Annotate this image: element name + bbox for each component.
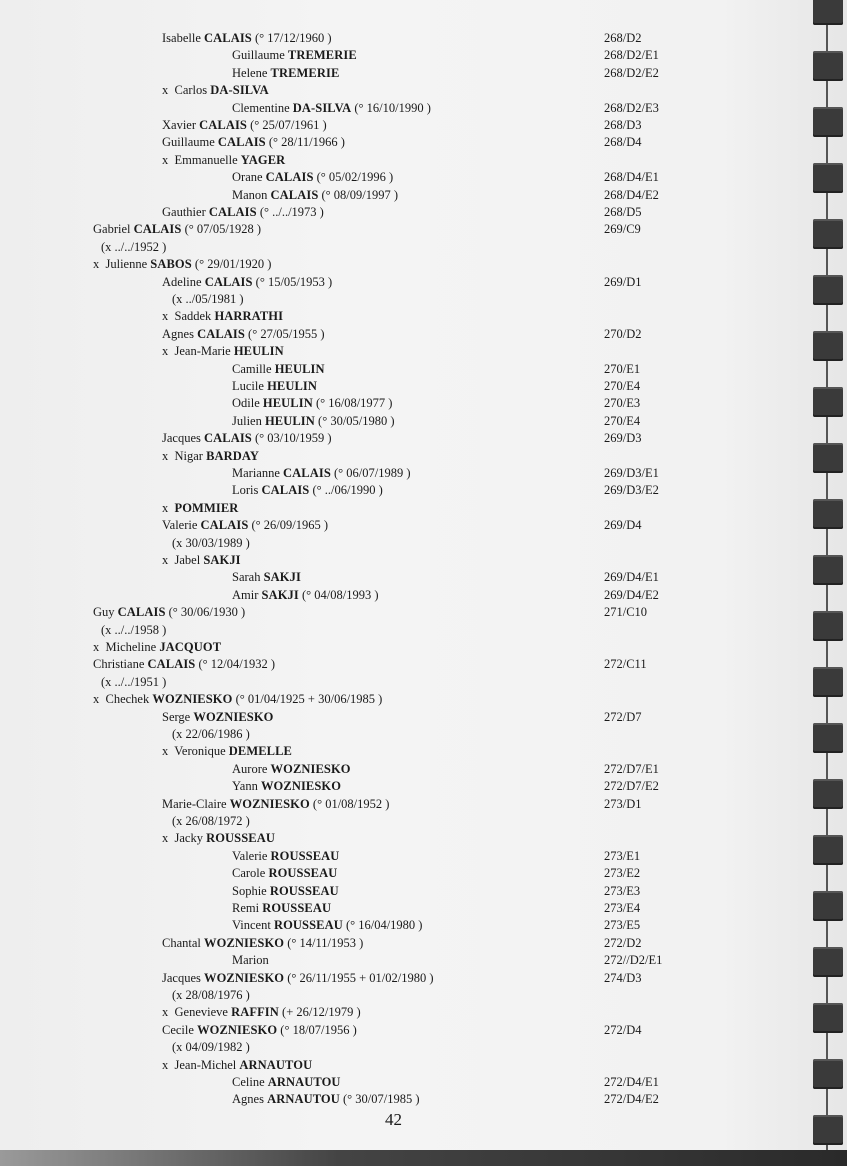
- given-name: Julienne: [106, 257, 148, 271]
- spouse-marker: x: [162, 553, 168, 567]
- surname: DEMELLE: [229, 744, 292, 758]
- reference-code: 272/D4/E1: [604, 1074, 659, 1090]
- reference-code: 269/D3: [604, 430, 642, 446]
- surname: CALAIS: [197, 327, 245, 341]
- spiral-binding: [807, 0, 847, 1166]
- genealogy-entry: Guy CALAIS (° 30/06/1930 ): [93, 604, 245, 620]
- surname: ROUSSEAU: [268, 866, 337, 880]
- genealogy-entry: Remi ROUSSEAU: [232, 900, 331, 916]
- genealogy-entry: x Jean-Marie HEULIN: [162, 343, 284, 359]
- reference-code: 269/D4/E2: [604, 587, 659, 603]
- given-name: Valerie: [162, 518, 197, 532]
- surname: DA-SILVA: [293, 101, 351, 115]
- reference-code: 272/D4/E2: [604, 1091, 659, 1107]
- reference-code: 270/E1: [604, 361, 640, 377]
- given-name: Julien: [232, 414, 262, 428]
- reference-code: 272/C11: [604, 656, 647, 672]
- binding-ring: [813, 1059, 843, 1089]
- reference-code: 270/E4: [604, 378, 640, 394]
- reference-code: 273/E2: [604, 865, 640, 881]
- life-dates: (° 25/07/1961 ): [250, 118, 327, 132]
- binding-ring: [813, 947, 843, 977]
- genealogy-entry: x Nigar BARDAY: [162, 448, 259, 464]
- surname: CALAIS: [266, 170, 314, 184]
- genealogy-entry: Odile HEULIN (° 16/08/1977 ): [232, 395, 392, 411]
- spouse-marker: x: [162, 1058, 168, 1072]
- binding-ring: [813, 51, 843, 81]
- binding-ring: [813, 499, 843, 529]
- given-name: (x ../../1958 ): [101, 623, 166, 637]
- life-dates: (+ 26/12/1979 ): [282, 1005, 361, 1019]
- page-bottom-edge: [0, 1150, 847, 1166]
- genealogy-entry: x POMMIER: [162, 500, 238, 516]
- genealogy-entry: Camille HEULIN: [232, 361, 325, 377]
- surname: CALAIS: [204, 31, 252, 45]
- genealogy-entry: Jacques WOZNIESKO (° 26/11/1955 + 01/02/…: [162, 970, 434, 986]
- genealogy-entry: Chantal WOZNIESKO (° 14/11/1953 ): [162, 935, 363, 951]
- given-name: Emmanuelle: [175, 153, 238, 167]
- surname: WOZNIESKO: [204, 936, 284, 950]
- reference-code: 268/D4: [604, 134, 642, 150]
- given-name: Valerie: [232, 849, 267, 863]
- given-name: Sarah: [232, 570, 260, 584]
- surname: CALAIS: [118, 605, 166, 619]
- reference-code: 271/C10: [604, 604, 647, 620]
- genealogy-entry: Guillaume TREMERIE: [232, 47, 357, 63]
- given-name: Micheline: [106, 640, 157, 654]
- life-dates: (° 12/04/1932 ): [198, 657, 275, 671]
- reference-code: 268/D2: [604, 30, 642, 46]
- given-name: Sophie: [232, 884, 267, 898]
- reference-code: 268/D2/E3: [604, 100, 659, 116]
- genealogy-entry: Gauthier CALAIS (° ../../1973 ): [162, 204, 324, 220]
- life-dates: (° 14/11/1953 ): [287, 936, 363, 950]
- surname: CALAIS: [134, 222, 182, 236]
- reference-code: 272/D7/E2: [604, 778, 659, 794]
- reference-code: 269/D3/E2: [604, 482, 659, 498]
- reference-code: 268/D3: [604, 117, 642, 133]
- given-name: Marie-Claire: [162, 797, 227, 811]
- genealogy-entry: Serge WOZNIESKO: [162, 709, 273, 725]
- given-name: Jacques: [162, 431, 201, 445]
- surname: HEULIN: [263, 396, 313, 410]
- given-name: Agnes: [232, 1092, 264, 1106]
- given-name: Jabel: [175, 553, 201, 567]
- surname: HEULIN: [275, 362, 325, 376]
- genealogy-entry: (x 28/08/1976 ): [172, 987, 250, 1003]
- given-name: (x ../05/1981 ): [172, 292, 244, 306]
- surname: WOZNIESKO: [271, 762, 351, 776]
- spouse-marker: x: [162, 744, 168, 758]
- given-name: Genevieve: [175, 1005, 228, 1019]
- binding-ring: [813, 667, 843, 697]
- given-name: (x ../../1952 ): [101, 240, 166, 254]
- reference-code: 268/D2/E2: [604, 65, 659, 81]
- given-name: (x 28/08/1976 ): [172, 988, 250, 1002]
- given-name: Lucile: [232, 379, 264, 393]
- genealogy-entry: x Saddek HARRATHI: [162, 308, 283, 324]
- reference-code: 273/E1: [604, 848, 640, 864]
- surname: ARNAUTOU: [268, 1075, 341, 1089]
- life-dates: (° 05/02/1996 ): [317, 170, 394, 184]
- genealogy-entry: Jacques CALAIS (° 03/10/1959 ): [162, 430, 332, 446]
- genealogy-entry: Agnes CALAIS (° 27/05/1955 ): [162, 326, 325, 342]
- given-name: Vincent: [232, 918, 271, 932]
- given-name: Aurore: [232, 762, 267, 776]
- given-name: Jean-Michel: [175, 1058, 237, 1072]
- genealogy-entry: Gabriel CALAIS (° 07/05/1928 ): [93, 221, 261, 237]
- life-dates: (° 26/11/1955 + 01/02/1980 ): [287, 971, 433, 985]
- reference-code: 269/D4/E1: [604, 569, 659, 585]
- genealogy-entry: Marianne CALAIS (° 06/07/1989 ): [232, 465, 411, 481]
- surname: WOZNIESKO: [193, 710, 273, 724]
- given-name: Remi: [232, 901, 259, 915]
- given-name: Marion: [232, 953, 269, 967]
- genealogy-entry: (x ../../1952 ): [101, 239, 166, 255]
- surname: CALAIS: [205, 275, 253, 289]
- binding-ring: [813, 0, 843, 25]
- surname: ROUSSEAU: [206, 831, 275, 845]
- reference-code: 272/D7: [604, 709, 642, 725]
- life-dates: (° 28/11/1966 ): [269, 135, 345, 149]
- reference-code: 272//D2/E1: [604, 952, 662, 968]
- given-name: Chechek: [106, 692, 150, 706]
- spouse-marker: x: [162, 309, 168, 323]
- surname: ARNAUTOU: [267, 1092, 340, 1106]
- given-name: Camille: [232, 362, 272, 376]
- given-name: Orane: [232, 170, 263, 184]
- surname: CALAIS: [283, 466, 331, 480]
- given-name: Clementine: [232, 101, 290, 115]
- genealogy-entry: Isabelle CALAIS (° 17/12/1960 ): [162, 30, 332, 46]
- life-dates: (° 30/07/1985 ): [343, 1092, 420, 1106]
- surname: WOZNIESKO: [261, 779, 341, 793]
- genealogy-entry: Guillaume CALAIS (° 28/11/1966 ): [162, 134, 345, 150]
- given-name: Loris: [232, 483, 258, 497]
- life-dates: (° 16/10/1990 ): [354, 101, 431, 115]
- given-name: Christiane: [93, 657, 144, 671]
- surname: CALAIS: [201, 518, 249, 532]
- life-dates: (° 15/05/1953 ): [256, 275, 333, 289]
- life-dates: (° 08/09/1997 ): [322, 188, 399, 202]
- surname: CALAIS: [218, 135, 266, 149]
- given-name: (x 04/09/1982 ): [172, 1040, 250, 1054]
- genealogy-entry: Aurore WOZNIESKO: [232, 761, 351, 777]
- given-name: (x 22/06/1986 ): [172, 727, 250, 741]
- surname: ROUSSEAU: [271, 849, 340, 863]
- surname: RAFFIN: [231, 1005, 279, 1019]
- surname: CALAIS: [271, 188, 319, 202]
- genealogy-entry: Marion: [232, 952, 269, 968]
- given-name: Carlos: [175, 83, 208, 97]
- given-name: Isabelle: [162, 31, 201, 45]
- genealogy-entry: Helene TREMERIE: [232, 65, 339, 81]
- surname: SABOS: [150, 257, 192, 271]
- reference-code: 273/E4: [604, 900, 640, 916]
- life-dates: (° 26/09/1965 ): [252, 518, 329, 532]
- genealogy-entry: x Jabel SAKJI: [162, 552, 241, 568]
- binding-ring: [813, 1003, 843, 1033]
- genealogy-entry: Agnes ARNAUTOU (° 30/07/1985 ): [232, 1091, 420, 1107]
- spouse-marker: x: [162, 501, 168, 515]
- surname: ROUSSEAU: [262, 901, 331, 915]
- spouse-marker: x: [93, 692, 99, 706]
- reference-code: 269/C9: [604, 221, 641, 237]
- spouse-marker: x: [93, 640, 99, 654]
- given-name: Chantal: [162, 936, 201, 950]
- life-dates: (° 16/04/1980 ): [346, 918, 423, 932]
- spouse-marker: x: [93, 257, 99, 271]
- surname: HEULIN: [265, 414, 315, 428]
- given-name: Manon: [232, 188, 267, 202]
- life-dates: (° 17/12/1960 ): [255, 31, 332, 45]
- binding-ring: [813, 443, 843, 473]
- life-dates: (° 18/07/1956 ): [280, 1023, 357, 1037]
- reference-code: 273/D1: [604, 796, 642, 812]
- binding-ring: [813, 723, 843, 753]
- spouse-marker: x: [162, 344, 168, 358]
- life-dates: (° ../06/1990 ): [312, 483, 382, 497]
- genealogy-entry: Valerie CALAIS (° 26/09/1965 ): [162, 517, 328, 533]
- life-dates: (° 30/05/1980 ): [318, 414, 395, 428]
- spouse-marker: x: [162, 449, 168, 463]
- genealogy-entry: Julien HEULIN (° 30/05/1980 ): [232, 413, 395, 429]
- spouse-marker: x: [162, 831, 168, 845]
- surname: WOZNIESKO: [230, 797, 310, 811]
- given-name: Carole: [232, 866, 265, 880]
- given-name: Jean-Marie: [175, 344, 231, 358]
- genealogy-entry: (x ../../1951 ): [101, 674, 166, 690]
- given-name: Yann: [232, 779, 258, 793]
- surname: TREMERIE: [271, 66, 340, 80]
- genealogy-entry: Carole ROUSSEAU: [232, 865, 337, 881]
- genealogy-entry: x Veronique DEMELLE: [162, 743, 292, 759]
- binding-ring: [813, 163, 843, 193]
- given-name: Adeline: [162, 275, 202, 289]
- surname: TREMERIE: [288, 48, 357, 62]
- reference-code: 273/E5: [604, 917, 640, 933]
- spouse-marker: x: [162, 1005, 168, 1019]
- genealogy-entry: x Emmanuelle YAGER: [162, 152, 285, 168]
- given-name: Odile: [232, 396, 260, 410]
- given-name: Gabriel: [93, 222, 130, 236]
- genealogy-entry: x Jean-Michel ARNAUTOU: [162, 1057, 312, 1073]
- genealogy-entry: Celine ARNAUTOU: [232, 1074, 341, 1090]
- binding-ring: [813, 835, 843, 865]
- given-name: Marianne: [232, 466, 280, 480]
- reference-code: 268/D4/E2: [604, 187, 659, 203]
- genealogy-entry: Adeline CALAIS (° 15/05/1953 ): [162, 274, 332, 290]
- genealogy-entry: Manon CALAIS (° 08/09/1997 ): [232, 187, 398, 203]
- reference-code: 268/D5: [604, 204, 642, 220]
- surname: WOZNIESKO: [197, 1023, 277, 1037]
- given-name: Helene: [232, 66, 267, 80]
- page-number: 42: [385, 1110, 402, 1130]
- life-dates: (° 29/01/1920 ): [195, 257, 272, 271]
- genealogy-entry: Vincent ROUSSEAU (° 16/04/1980 ): [232, 917, 422, 933]
- life-dates: (° 03/10/1959 ): [255, 431, 332, 445]
- reference-code: 268/D4/E1: [604, 169, 659, 185]
- binding-ring: [813, 891, 843, 921]
- surname: CALAIS: [204, 431, 252, 445]
- life-dates: (° 27/05/1955 ): [248, 327, 325, 341]
- genealogy-entry: x Julienne SABOS (° 29/01/1920 ): [93, 256, 271, 272]
- genealogy-entry: Marie-Claire WOZNIESKO (° 01/08/1952 ): [162, 796, 389, 812]
- genealogy-entry: Clementine DA-SILVA (° 16/10/1990 ): [232, 100, 431, 116]
- reference-code: 274/D3: [604, 970, 642, 986]
- genealogy-entry: x Micheline JACQUOT: [93, 639, 221, 655]
- life-dates: (° 30/06/1930 ): [169, 605, 246, 619]
- genealogy-entry: x Genevieve RAFFIN (+ 26/12/1979 ): [162, 1004, 361, 1020]
- reference-code: 269/D1: [604, 274, 642, 290]
- genealogy-entry: Valerie ROUSSEAU: [232, 848, 339, 864]
- given-name: (x ../../1951 ): [101, 675, 166, 689]
- given-name: (x 30/03/1989 ): [172, 536, 250, 550]
- genealogy-entry: Orane CALAIS (° 05/02/1996 ): [232, 169, 393, 185]
- given-name: Guillaume: [162, 135, 215, 149]
- life-dates: (° 06/07/1989 ): [334, 466, 411, 480]
- reference-code: 273/E3: [604, 883, 640, 899]
- reference-code: 272/D2: [604, 935, 642, 951]
- genealogy-entry: Sophie ROUSSEAU: [232, 883, 339, 899]
- genealogy-entry: (x 30/03/1989 ): [172, 535, 250, 551]
- surname: CALAIS: [209, 205, 257, 219]
- genealogy-entry: Xavier CALAIS (° 25/07/1961 ): [162, 117, 327, 133]
- life-dates: (° 07/05/1928 ): [185, 222, 262, 236]
- given-name: Jacques: [162, 971, 201, 985]
- binding-ring: [813, 387, 843, 417]
- given-name: Agnes: [162, 327, 194, 341]
- binding-ring: [813, 779, 843, 809]
- given-name: Cecile: [162, 1023, 194, 1037]
- genealogy-entry: (x 22/06/1986 ): [172, 726, 250, 742]
- given-name: Guy: [93, 605, 115, 619]
- surname: CALAIS: [262, 483, 310, 497]
- genealogy-page: Isabelle CALAIS (° 17/12/1960 )268/D2Gui…: [0, 0, 847, 1166]
- binding-ring: [813, 107, 843, 137]
- surname: SAKJI: [262, 588, 299, 602]
- genealogy-entry: Cecile WOZNIESKO (° 18/07/1956 ): [162, 1022, 357, 1038]
- life-dates: (° 01/08/1952 ): [313, 797, 390, 811]
- genealogy-entry: (x ../../1958 ): [101, 622, 166, 638]
- life-dates: (° 16/08/1977 ): [316, 396, 393, 410]
- genealogy-entry: x Jacky ROUSSEAU: [162, 830, 275, 846]
- genealogy-entry: Lucile HEULIN: [232, 378, 317, 394]
- given-name: Nigar: [175, 449, 203, 463]
- surname: CALAIS: [148, 657, 196, 671]
- genealogy-entry: (x 04/09/1982 ): [172, 1039, 250, 1055]
- genealogy-entry: x Carlos DA-SILVA: [162, 82, 269, 98]
- surname: SAKJI: [264, 570, 301, 584]
- genealogy-entry: Yann WOZNIESKO: [232, 778, 341, 794]
- reference-code: 270/E3: [604, 395, 640, 411]
- binding-ring: [813, 331, 843, 361]
- given-name: Gauthier: [162, 205, 206, 219]
- surname: ROUSSEAU: [270, 884, 339, 898]
- given-name: Jacky: [175, 831, 203, 845]
- given-name: Celine: [232, 1075, 265, 1089]
- surname: ARNAUTOU: [239, 1058, 312, 1072]
- genealogy-entry: Christiane CALAIS (° 12/04/1932 ): [93, 656, 275, 672]
- reference-code: 269/D4: [604, 517, 642, 533]
- reference-code: 270/E4: [604, 413, 640, 429]
- genealogy-entry: Sarah SAKJI: [232, 569, 301, 585]
- spouse-marker: x: [162, 153, 168, 167]
- surname: HARRATHI: [214, 309, 283, 323]
- reference-code: 272/D4: [604, 1022, 642, 1038]
- given-name: (x 26/08/1972 ): [172, 814, 250, 828]
- surname: WOZNIESKO: [152, 692, 232, 706]
- given-name: Xavier: [162, 118, 196, 132]
- reference-code: 270/D2: [604, 326, 642, 342]
- genealogy-entry: Loris CALAIS (° ../06/1990 ): [232, 482, 383, 498]
- reference-code: 269/D3/E1: [604, 465, 659, 481]
- given-name: Saddek: [175, 309, 212, 323]
- binding-ring: [813, 555, 843, 585]
- genealogy-entry: Amir SAKJI (° 04/08/1993 ): [232, 587, 379, 603]
- surname: HEULIN: [234, 344, 284, 358]
- binding-ring: [813, 1115, 843, 1145]
- genealogy-entry: (x ../05/1981 ): [172, 291, 244, 307]
- life-dates: (° 04/08/1993 ): [302, 588, 379, 602]
- given-name: Amir: [232, 588, 258, 602]
- genealogy-entry: x Chechek WOZNIESKO (° 01/04/1925 + 30/0…: [93, 691, 382, 707]
- given-name: Veronique: [174, 744, 225, 758]
- surname: BARDAY: [206, 449, 259, 463]
- life-dates: (° 01/04/1925 + 30/06/1985 ): [236, 692, 383, 706]
- surname: WOZNIESKO: [204, 971, 284, 985]
- genealogy-entry: (x 26/08/1972 ): [172, 813, 250, 829]
- binding-ring: [813, 275, 843, 305]
- surname: ROUSSEAU: [274, 918, 343, 932]
- surname: CALAIS: [199, 118, 247, 132]
- surname: DA-SILVA: [210, 83, 268, 97]
- spouse-marker: x: [162, 83, 168, 97]
- given-name: Guillaume: [232, 48, 285, 62]
- binding-ring: [813, 611, 843, 641]
- surname: JACQUOT: [159, 640, 221, 654]
- surname: POMMIER: [175, 501, 239, 515]
- life-dates: (° ../../1973 ): [260, 205, 324, 219]
- reference-code: 268/D2/E1: [604, 47, 659, 63]
- surname: HEULIN: [267, 379, 317, 393]
- binding-ring: [813, 219, 843, 249]
- given-name: Serge: [162, 710, 190, 724]
- reference-code: 272/D7/E1: [604, 761, 659, 777]
- surname: YAGER: [241, 153, 286, 167]
- surname: SAKJI: [203, 553, 240, 567]
